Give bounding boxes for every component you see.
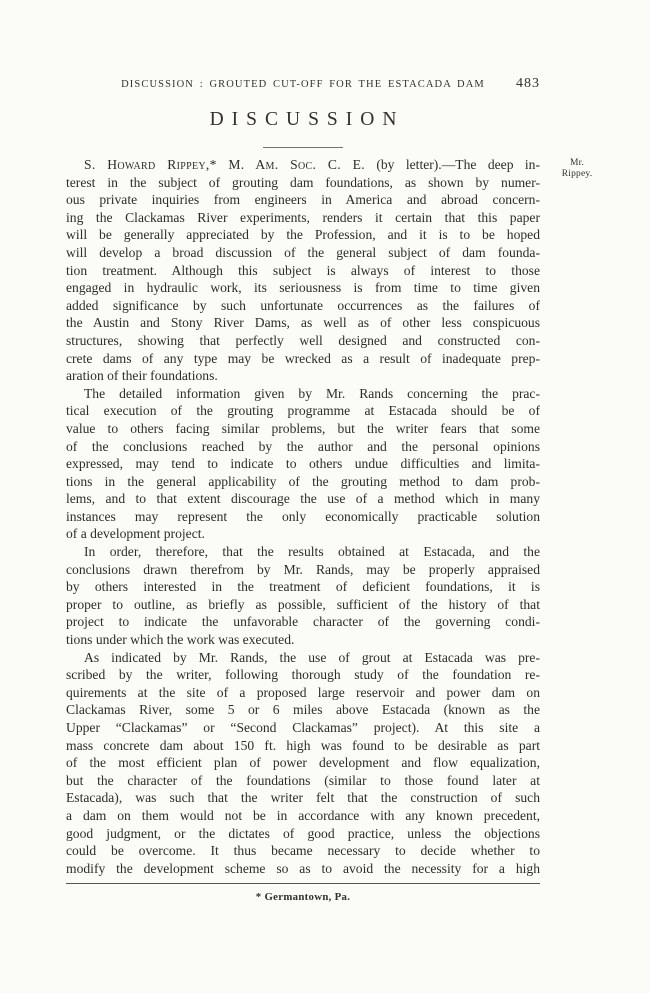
text-line: tions under which the work was executed.	[66, 631, 540, 649]
title-rule	[263, 147, 343, 148]
text-line: ous private inquiries from engineers in …	[66, 191, 540, 209]
text-line: by others interested in the treatment of…	[66, 578, 540, 596]
margin-note-speaker: Mr. Rippey.	[553, 158, 601, 180]
text-line: project to indicate the unfavorable char…	[66, 613, 540, 631]
text-line: proper to outline, as briefly as possibl…	[66, 596, 540, 614]
text-line: Clackamas River, some 5 or 6 miles above…	[66, 701, 540, 719]
text-line: mass concrete dam about 150 ft. high was…	[66, 737, 540, 755]
text-line: As indicated by Mr. Rands, the use of gr…	[66, 649, 540, 667]
text-line: aration of their foundations.	[66, 367, 540, 385]
speaker-name: S. Howard Rippey,* M. Am. Soc. C. E.	[84, 157, 365, 172]
text-line: engaged in hydraulic work, its seriousne…	[66, 279, 540, 297]
text-line: Upper “Clackamas” or “Second Clackamas” …	[66, 719, 540, 737]
text-line: terest in the subject of grouting dam fo…	[66, 174, 540, 192]
text-line: In order, therefore, that the results ob…	[66, 543, 540, 561]
footnote: * Germantown, Pa.	[66, 891, 540, 903]
section-title: DISCUSSION	[66, 109, 540, 131]
text-line: good judgment, or the dictates of good p…	[66, 825, 540, 843]
book-page: DISCUSSION : GROUTED CUT-OFF FOR THE EST…	[0, 0, 650, 993]
text-line: a dam on them would not be in accordance…	[66, 807, 540, 825]
text-line: scribed by the writer, following thoroug…	[66, 666, 540, 684]
text-line: structures, showing that perfectly well …	[66, 332, 540, 350]
text-line: added significance by such unfortunate o…	[66, 297, 540, 315]
text-line: but the character of the foundations (si…	[66, 772, 540, 790]
text-line: will develop a broad discussion of the g…	[66, 244, 540, 262]
page-number: 483	[516, 76, 540, 92]
text-line: the Austin and Stony River Dams, as well…	[66, 314, 540, 332]
speaker-line-rest: (by letter).—The deep in-	[365, 157, 540, 172]
text-line: instances may represent the only economi…	[66, 508, 540, 526]
text-line: Estacada), was such that the writer felt…	[66, 789, 540, 807]
running-head-title: DISCUSSION : GROUTED CUT-OFF FOR THE EST…	[121, 79, 485, 90]
text-line: will be generally appreciated by the Pro…	[66, 226, 540, 244]
text-line: tical execution of the grouting programm…	[66, 402, 540, 420]
text-line: tions in the general applicability of th…	[66, 473, 540, 491]
text-line: of a development project.	[66, 525, 540, 543]
text-line: modify the development scheme so as to a…	[66, 860, 540, 878]
text-line: tion treatment. Although this subject is…	[66, 262, 540, 280]
text-line: of the conclusions reached by the author…	[66, 438, 540, 456]
text-line: ing the Clackamas River experiments, ren…	[66, 209, 540, 227]
footnote-rule	[66, 883, 540, 884]
text-line: could be overcome. It thus became necess…	[66, 842, 540, 860]
body-text: S. Howard Rippey,* M. Am. Soc. C. E. (by…	[66, 156, 540, 877]
text-line: conclusions drawn therefrom by Mr. Rands…	[66, 561, 540, 579]
text-line: The detailed information given by Mr. Ra…	[66, 385, 540, 403]
text-line: lems, and to that extent discourage the …	[66, 490, 540, 508]
text-line: S. Howard Rippey,* M. Am. Soc. C. E. (by…	[66, 156, 540, 174]
text-line: expressed, may tend to indicate to other…	[66, 455, 540, 473]
text-line: of the most efficient plan of power deve…	[66, 754, 540, 772]
running-head: DISCUSSION : GROUTED CUT-OFF FOR THE EST…	[66, 79, 540, 95]
margin-note-line1: Mr.	[553, 158, 601, 169]
margin-note-line2: Rippey.	[553, 169, 601, 180]
text-line: crete dams of any type may be wrecked as…	[66, 350, 540, 368]
text-line: value to others facing similar problems,…	[66, 420, 540, 438]
text-line: quirements at the site of a proposed lar…	[66, 684, 540, 702]
